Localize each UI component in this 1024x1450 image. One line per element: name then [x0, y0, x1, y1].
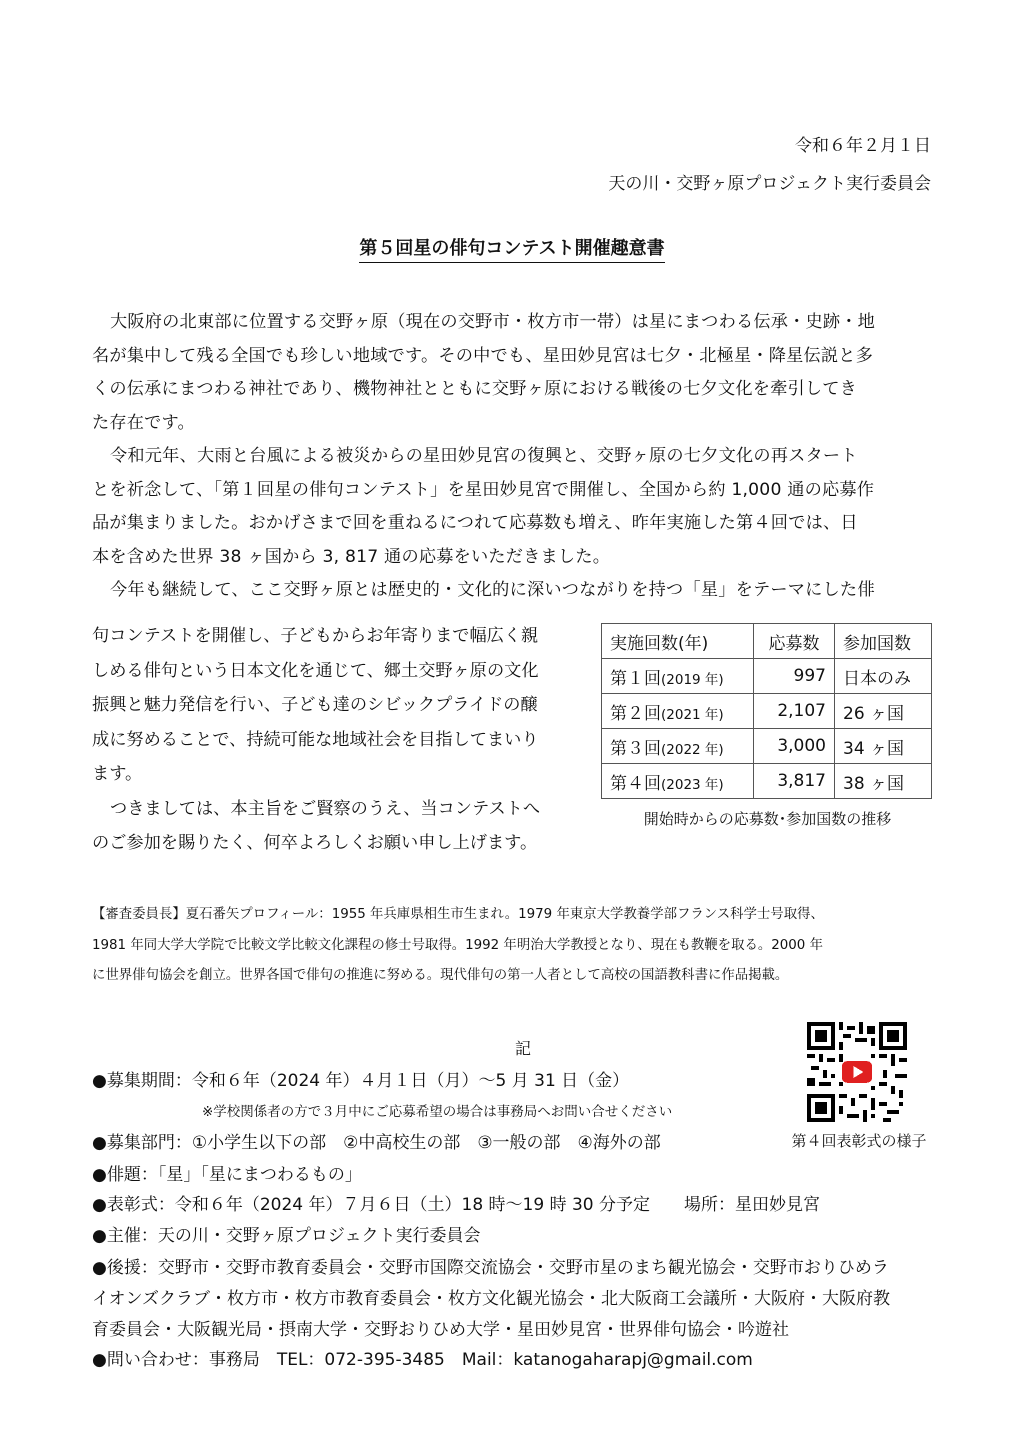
paragraph-line: のご参加を賜りたく、何卒よろしくお願い申し上げます。 [92, 826, 597, 861]
paragraph-line: 品が集まりました。おかげさまで回を重ねるにつれて応募数も増え、昨年実施した第４回… [92, 507, 940, 541]
entries-cell: 3,000 [754, 729, 835, 764]
table-row: 第４回(2023 年) 3,817 38 ヶ国 [602, 764, 932, 799]
table-header-row: 実施回数(年) 応募数 参加国数 [602, 624, 932, 659]
table-caption: 開始時からの応募数･参加国数の推移 [601, 808, 934, 829]
countries-cell: 26 ヶ国 [835, 694, 932, 729]
paragraph-line: とを祈念して、「第１回星の俳句コンテスト」を星田妙見宮で開催し、全国から約 1,… [92, 474, 940, 508]
paragraph-line: 振興と魅力発信を行い、子ども達のシビックプライドの醸 [92, 688, 597, 723]
judge-profile: 【審査委員長】夏石番矢プロフィール：1955 年兵庫県相生市生まれ。1979 年… [92, 900, 942, 992]
paragraph-line: 句コンテストを開催し、子どもからお年寄りまで幅広く親 [92, 619, 597, 654]
haiku-theme: ●俳題：「星」「星にまつわるもの」 [92, 1160, 362, 1185]
purpose-body: 句コンテストを開催し、子どもからお年寄りまで幅広く親 しめる俳句という日本文化を… [92, 619, 597, 861]
entries-cell: 3,817 [754, 764, 835, 799]
countries-cell: 日本のみ [835, 659, 932, 694]
table-header: 実施回数(年) [602, 624, 754, 659]
intro-body: 大阪府の北東部に位置する交野ヶ原（現在の交野市・枚方市一帯）は星にまつわる伝承・… [92, 306, 940, 608]
table-row: 第３回(2022 年) 3,000 34 ヶ国 [602, 729, 932, 764]
table-header: 参加国数 [835, 624, 932, 659]
support-line: イオンズクラブ・枚方市・枚方市教育委員会・枚方文化観光協会・北大阪商工会議所・大… [92, 1284, 890, 1309]
entries-cell: 997 [754, 659, 835, 694]
profile-line: に世界俳句協会を創立。世界各国で俳句の推進に努める。現代俳句の第一人者として高校… [92, 961, 942, 992]
qr-code-image [807, 1022, 907, 1122]
table-header: 応募数 [754, 624, 835, 659]
support-line: ●後援：交野市・交野市教育委員会・交野市国際交流協会・交野市星のまち観光協会・交… [92, 1253, 889, 1278]
paragraph-line: つきましては、本主旨をご賢察のうえ、当コンテストへ [92, 792, 597, 827]
support-line: 育委員会・大阪観光局・摂南大学・交野おりひめ大学・星田妙見宮・世界俳句協会・吟遊… [92, 1315, 789, 1340]
paragraph-line: 本を含めた世界 38 ヶ国から 3, 817 通の応募をいただきました。 [92, 541, 940, 575]
document-title: 第５回星の俳句コンテスト開催趣意書 [0, 234, 1024, 260]
paragraph-line: 今年も継続して、ここ交野ヶ原とは歴史的・文化的に深いつながりを持つ「星」をテーマ… [92, 574, 940, 608]
paragraph-line: 令和元年、大雨と台風による被災からの星田妙見宮の復興と、交野ヶ原の七夕文化の再ス… [92, 440, 940, 474]
paragraph-line: 名が集中して残る全国でも珍しい地域です。その中でも、星田妙見宮は七夕・北極星・降… [92, 340, 940, 374]
entries-cell: 2,107 [754, 694, 835, 729]
entries-table: 実施回数(年) 応募数 参加国数 第１回(2019 年) 997 日本のみ 第２… [601, 623, 932, 799]
qr-caption: 第４回表彰式の様子 [776, 1130, 942, 1151]
paragraph-line: くの伝承にまつわる神社であり、機物神社とともに交野ヶ原における戦後の七夕文化を牽… [92, 373, 940, 407]
profile-line: 1981 年同大学大学院で比較文学比較文化課程の修士号取得。1992 年明治大学… [92, 931, 942, 962]
issuing-organization: 天の川・交野ヶ原プロジェクト実行委員会 [608, 169, 931, 194]
paragraph-line: 成に努めることで、持続可能な地域社会を目指してまいり [92, 723, 597, 758]
table-row: 第１回(2019 年) 997 日本のみ [602, 659, 932, 694]
recruitment-period: ●募集期間：令和６年（2024 年）４月１日（月）～5 月 31 日（金） [92, 1066, 629, 1091]
round-cell: 第４回(2023 年) [602, 764, 754, 799]
round-cell: 第３回(2022 年) [602, 729, 754, 764]
contact-info: ●問い合わせ：事務局 TEL：072-395-3485 Mail：katanog… [92, 1345, 753, 1370]
round-cell: 第２回(2021 年) [602, 694, 754, 729]
document-date: 令和６年２月１日 [795, 131, 931, 156]
paragraph-line: 大阪府の北東部に位置する交野ヶ原（現在の交野市・枚方市一帯）は星にまつわる伝承・… [92, 306, 940, 340]
profile-line: 【審査委員長】夏石番矢プロフィール：1955 年兵庫県相生市生まれ。1979 年… [92, 900, 942, 931]
countries-cell: 34 ヶ国 [835, 729, 932, 764]
table-row: 第２回(2021 年) 2,107 26 ヶ国 [602, 694, 932, 729]
paragraph-line: た存在です。 [92, 407, 940, 441]
paragraph-line: ます。 [92, 757, 597, 792]
ceremony-info: ●表彰式：令和６年（2024 年）７月６日（土）18 時～19 時 30 分予定… [92, 1190, 820, 1215]
period-note: ※学校関係者の方で３月中にご応募希望の場合は事務局へお問い合せください [202, 1100, 672, 1120]
countries-cell: 38 ヶ国 [835, 764, 932, 799]
host-info: ●主催：天の川・交野ヶ原プロジェクト実行委員会 [92, 1221, 481, 1246]
qr-code[interactable] [807, 1022, 907, 1122]
paragraph-line: しめる俳句という日本文化を通じて、郷土交野ヶ原の文化 [92, 654, 597, 689]
round-cell: 第１回(2019 年) [602, 659, 754, 694]
categories: ●募集部門：①小学生以下の部 ②中高校生の部 ③一般の部 ④海外の部 [92, 1128, 661, 1153]
